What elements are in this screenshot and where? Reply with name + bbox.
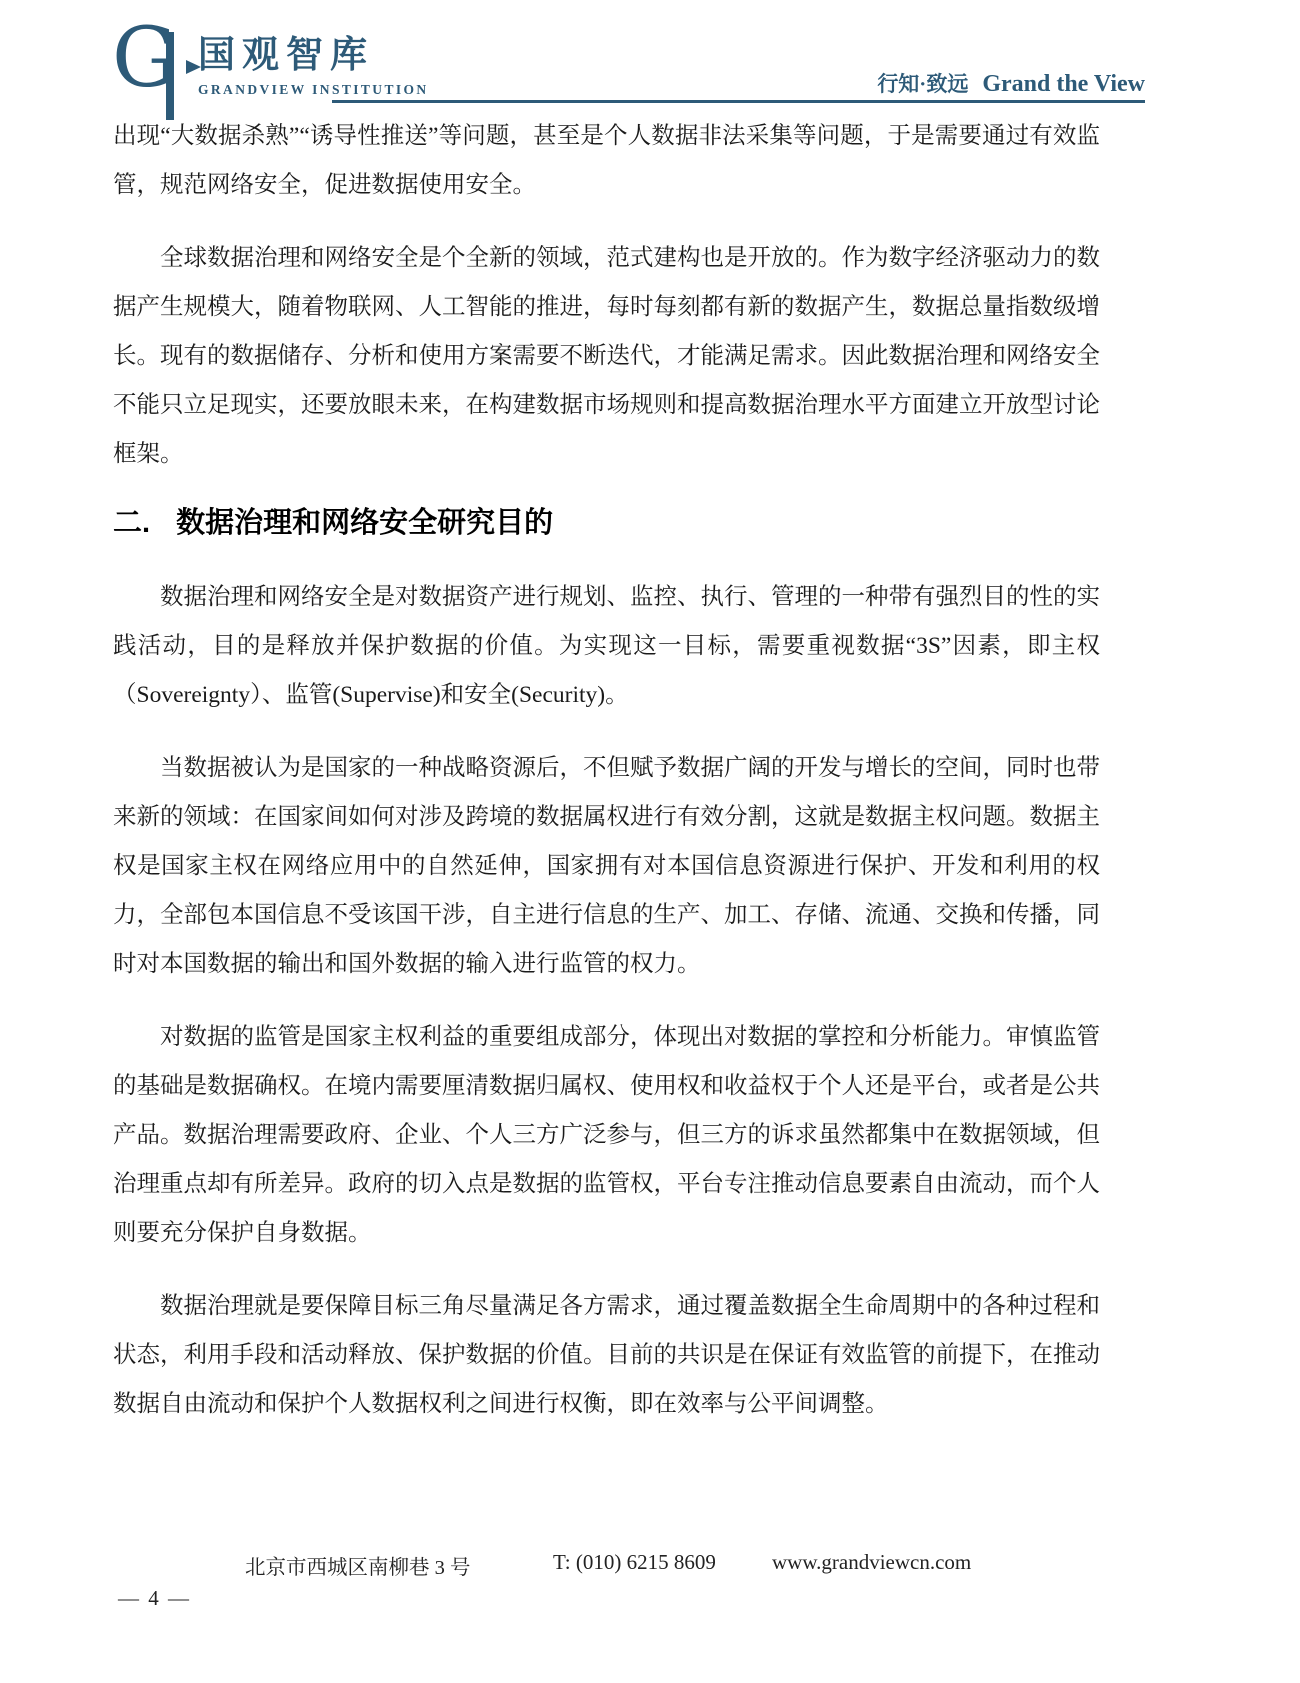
- logo-wordmark: 国观智库 GRANDVIEW INSTITUTION: [198, 34, 429, 98]
- section-title: 数据治理和网络安全研究目的: [176, 507, 553, 539]
- tagline-english: Grand the View: [982, 71, 1145, 97]
- logo-name-chinese: 国观智库: [198, 34, 429, 78]
- logo-bar-shape: [166, 32, 174, 120]
- paragraph: 对数据的监管是国家主权利益的重要组成部分，体现出对数据的掌控和分析能力。审慎监管…: [113, 1013, 1100, 1258]
- section-number: 二.: [113, 507, 150, 539]
- header-divider-line: [332, 100, 1145, 103]
- paragraph: 数据治理和网络安全是对数据资产进行规划、监控、执行、管理的一种带有强烈目的性的实…: [113, 573, 1100, 720]
- paragraph: 当数据被认为是国家的一种战略资源后，不但赋予数据广阔的开发与增长的空间，同时也带…: [113, 744, 1100, 989]
- footer-phone: T: (010) 6215 8609: [553, 1550, 716, 1575]
- header-tagline: 行知·致远 Grand the View: [877, 68, 1145, 98]
- section-heading: 二.数据治理和网络安全研究目的: [113, 503, 1100, 543]
- logo-name-english: GRANDVIEW INSTITUTION: [198, 82, 429, 98]
- document-body: 出现“大数据杀熟”“诱导性推送”等问题，甚至是个人数据非法采集等问题，于是需要通…: [113, 112, 1100, 1453]
- paragraph: 数据治理就是要保障目标三角尽量满足各方需求，通过覆盖数据全生命周期中的各种过程和…: [113, 1282, 1100, 1429]
- paragraph: 出现“大数据杀熟”“诱导性推送”等问题，甚至是个人数据非法采集等问题，于是需要通…: [113, 112, 1100, 210]
- footer-website-link[interactable]: www.grandviewcn.com: [772, 1550, 971, 1575]
- grandview-logo-icon: G: [112, 20, 200, 112]
- paragraph: 全球数据治理和网络安全是个全新的领域，范式建构也是开放的。作为数字经济驱动力的数…: [113, 234, 1100, 479]
- tagline-chinese: 行知·致远: [877, 72, 968, 96]
- page-number: — 4 —: [118, 1586, 191, 1611]
- footer-address: 北京市西城区南柳巷 3 号: [245, 1550, 471, 1580]
- document-page: G 国观智库 GRANDVIEW INSTITUTION 行知·致远 Grand…: [0, 0, 1300, 1683]
